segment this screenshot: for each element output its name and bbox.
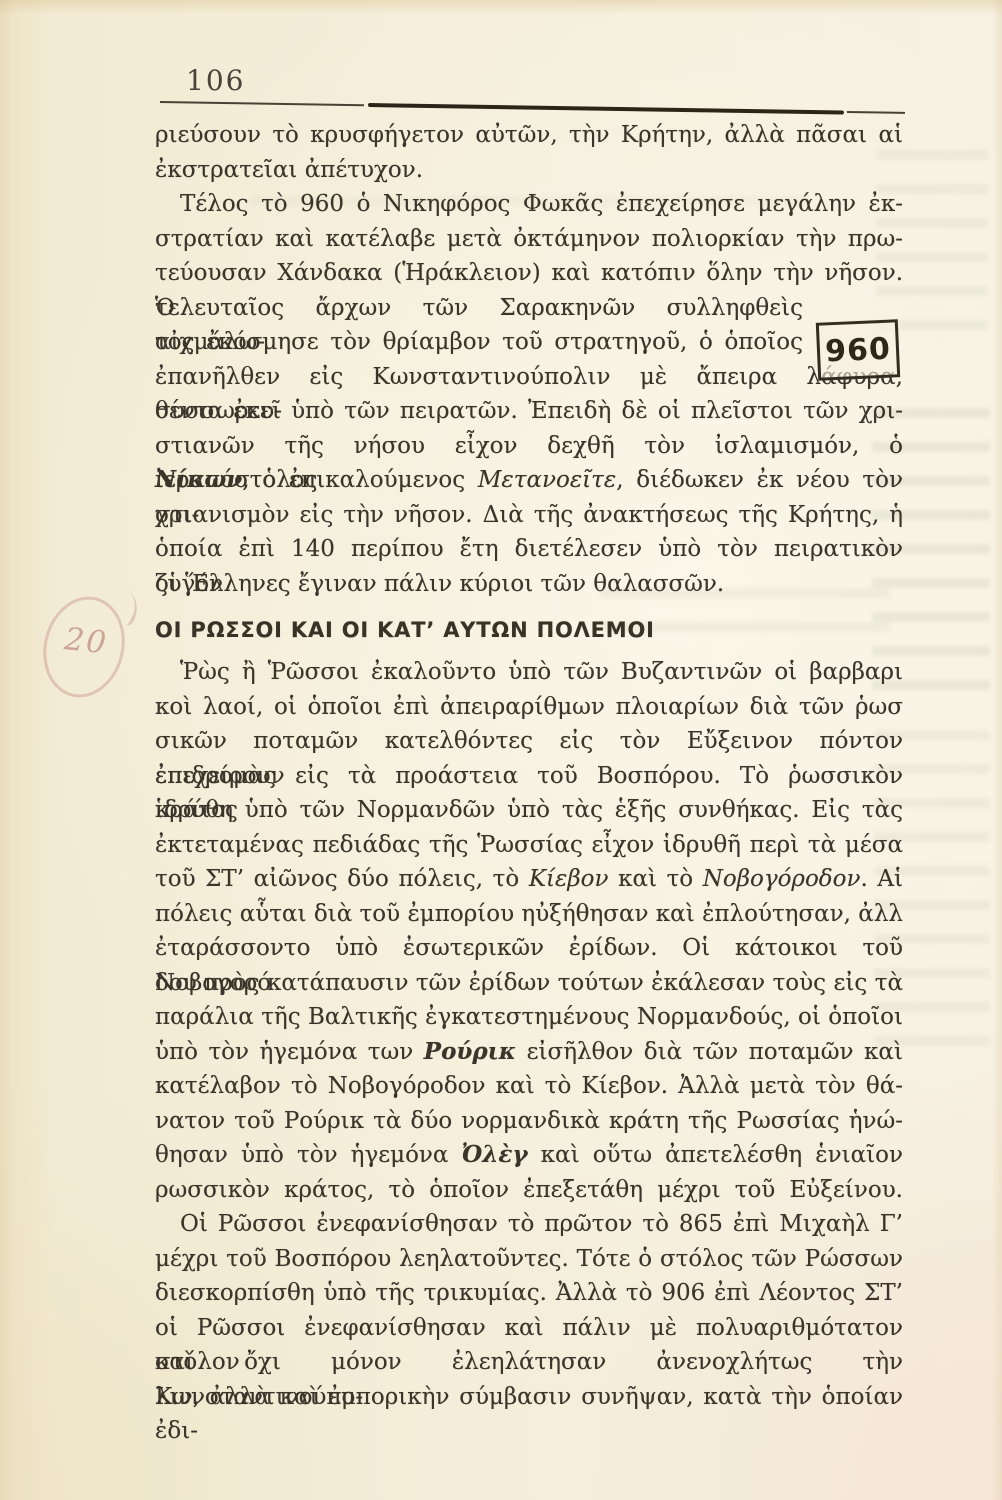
header-rule-left [160,101,364,106]
italic-term: Νοβογόροδον [703,866,861,892]
bold-italic-term: Ὀλὲγ [462,1141,528,1168]
italic-term: Κίεβον [529,866,609,892]
header-rule-right [847,111,905,114]
text-line: θησαν ὑπὸ τὸν ἡγεμόνα Ὀλὲγ καὶ οὕτω ἀπετ… [155,1138,903,1173]
text-line: Ῥὼς ἢ Ῥῶσσοι ἐκαλοῦντο ὑπὸ τῶν Βυζαντινῶ… [155,655,903,690]
margin-annotation-circle: 20 [33,588,135,706]
text-line: στιανισμὸν εἰς τὴν νῆσον. Διὰ τῆς ἀνακτή… [155,498,903,533]
text-line: τοῦ ΣΤ’ αἰῶνος δύο πόλεις, τὸ Κίεβον καὶ… [155,862,903,897]
year-box-label: 960 [824,331,891,369]
text-line: ἐκτεταμένας πεδιάδας τῆς Ῥωσσίας εἶχον ἱ… [155,828,903,863]
text-line: στιανῶν τῆς νήσου εἶχον δεχθῆ τὸν ἰσλαμι… [155,429,903,464]
text-line: Οἱ Ρῶσσοι ἐνεφανίσθησαν τὸ πρῶτον τὸ 865… [155,1207,903,1242]
text-line: θέντα ἐκεῖ ὑπὸ τῶν πειρατῶν. Ἐπειδὴ δὲ ο… [155,394,903,429]
text-line: νατον τοῦ Ρούρικ τὰ δύο νορμανδικὰ κράτη… [155,1104,903,1139]
text-line: ὁποία ἐπὶ 140 περίπου ἔτη διετέλεσεν ὑπὸ… [155,532,903,567]
text-line: τελευταῖος ἄρχων τῶν Σαρακηνῶν συλληφθεὶ… [155,291,803,326]
text-line: ἱδρύθη ὑπὸ τῶν Νορμανδῶν ὑπὸ τὰς ἑξῆς συ… [155,793,903,828]
text-line: διεσκορπίσθη ὑπὸ τῆς τρικυμίας. Ἀλλὰ τὸ … [155,1276,903,1311]
body-paragraph: Τέλος τὸ 960 ὁ Νικηφόρος Φωκᾶς ἐπεχείρησ… [155,187,903,601]
text-line: ἐκστρατεῖαι ἀπέτυχον. [155,153,903,188]
text-line: οἱ Ρῶσσοι ἐνεφανίσθησαν καὶ πάλιν μὲ πολ… [155,1311,903,1346]
text-line: ὑπὸ τὸν ἡγεμόνα των Ρούρικ εἰσῆλθον διὰ … [155,1035,903,1070]
text-line: Νίκων, ὁ ἐπικαλούμενος Μετανοεῖτε, διέδω… [155,463,903,498]
text-line: δου πρὸς κατάπαυσιν τῶν ἐρίδων τούτων ἐκ… [155,966,903,1001]
text-line: σικῶν ποταμῶν κατελθόντες εἰς τὸν Εὔξειν… [155,724,903,759]
text-block: ριεύσουν τὸ κρυσφήγετον αὐτῶν, τὴν Κρήτη… [155,118,903,1414]
bold-italic-term: Νίκων [155,466,242,493]
body-paragraph: ριεύσουν τὸ κρυσφήγετον αὐτῶν, τὴν Κρήτη… [155,118,903,187]
text-line: Τέλος τὸ 960 ὁ Νικηφόρος Φωκᾶς ἐπεχείρησ… [155,187,903,222]
header-rule-main [368,103,844,114]
scanned-page: 106 20 ριεύσουν τὸ κρυσφήγετον αὐτῶν, τὴ… [0,0,1002,1500]
body-paragraph: Ῥὼς ἢ Ῥῶσσοι ἐκαλοῦντο ὑπὸ τῶν Βυζαντινῶ… [155,655,903,1207]
section-heading: ΟΙ ΡΩΣΣΟΙ ΚΑΙ ΟΙ ΚΑΤ’ ΑΥΤΩΝ ΠΟΛΕΜΟΙ [155,613,903,641]
text-line: μέχρι τοῦ Βοσπόρου λεηλατοῦντες. Τότε ὁ … [155,1242,903,1277]
margin-annotation-text: 20 [63,621,110,661]
page-number: 106 [186,64,245,97]
text-line: καὶ ὄχι μόνον ἐλεηλάτησαν ἀνενοχλήτως τὴ… [155,1345,903,1380]
text-line: ρωσσικὸν κράτος, τὸ ὁποῖον ἐπεξετάθη μέχ… [155,1173,903,1208]
text-line: κατέλαβον τὸ Νοβογόροδον καὶ τὸ Κίεβον. … [155,1069,903,1104]
italic-term: Μετανοεῖτε [478,467,616,493]
year-box: 960 [816,319,900,381]
text-line: τεύουσαν Χάνδακα (Ἡράκλειον) καὶ κατόπιν… [155,256,903,291]
text-line: ἐταράσσοντο ὑπὸ ἐσωτερικῶν ἐρίδων. Οἱ κά… [155,931,903,966]
text-line: ριεύσουν τὸ κρυσφήγετον αὐτῶν, τὴν Κρήτη… [155,118,903,153]
text-line: οἱ Ἕλληνες ἔγιναν πάλιν κύριοι τῶν θαλασ… [155,567,903,602]
body-paragraph: Οἱ Ρῶσσοι ἐνεφανίσθησαν τὸ πρῶτον τὸ 865… [155,1207,903,1414]
text-line: στρατίαν καὶ κατέλαβε μετὰ ὀκτάμηνον πολ… [155,222,903,257]
bold-italic-term: Ρούρικ [424,1038,516,1065]
text-line: λιν, ἀλλὰ καὶ ἐμπορικὴν σύμβασιν συνῆψαν… [155,1380,903,1415]
text-line: ἐπιδρομὰς εἰς τὰ προάστεια τοῦ Βοσπόρου.… [155,759,903,794]
text-line: ἐπανῆλθεν εἰς Κωνσταντινούπολιν μὲ ἄπειρ… [155,360,903,395]
text-line: τος ἐκόσμησε τὸν θρίαμβον τοῦ στρατηγοῦ,… [155,325,803,360]
text-line: παράλια τῆς Βαλτικῆς ἐγκατεστημένους Νορ… [155,1000,903,1035]
text-line: κοὶ λαοί, οἱ ὁποῖοι ἐπὶ ἀπειραρίθμων πλο… [155,690,903,725]
text-line: πόλεις αὗται διὰ τοῦ ἐμπορίου ηὐξήθησαν … [155,897,903,932]
